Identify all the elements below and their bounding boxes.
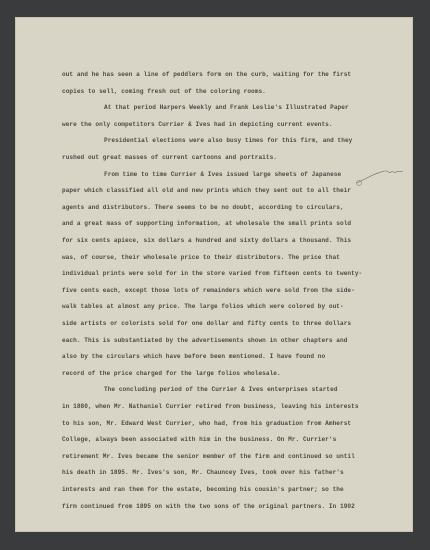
text-line: paper which classified all old and new p…	[62, 187, 351, 194]
text-line: College, always been associated with him…	[62, 436, 336, 443]
text-line: rushed out great masses of current carto…	[62, 154, 277, 161]
text-line: side artists or colorists sold for one d…	[62, 320, 351, 327]
text-line: each. This is substantiated by the adver…	[62, 337, 347, 344]
handwritten-annotation-icon	[355, 165, 405, 195]
text-line: Presidential elections were also busy ti…	[104, 137, 352, 144]
text-line: agents and distributors. There seems to …	[62, 204, 344, 211]
text-line: The concluding period of the Currier & I…	[104, 386, 338, 393]
text-line: to his son, Mr. Edward West Currier, who…	[62, 420, 351, 427]
text-line: also by the circulars which have before …	[62, 353, 325, 360]
text-line: his death in 1895. Mr. Ives's son, Mr. C…	[62, 469, 344, 476]
text-line: interests and ran them for the estate, b…	[62, 486, 344, 493]
text-line: for six cents apiece, six dollars a hund…	[62, 237, 351, 244]
manuscript-page: out and he has seen a line of peddlers f…	[15, 17, 413, 532]
text-line: copies to sell, coming fresh out of the …	[62, 88, 266, 95]
text-line: in 1880, when Mr. Nathaniel Currier reti…	[62, 403, 359, 410]
text-line: individual prints were sold for in the s…	[62, 270, 362, 277]
text-line: out and he has seen a line of peddlers f…	[62, 71, 351, 78]
text-line: record of the price charged for the larg…	[62, 370, 281, 377]
text-line: firm continued from 1895 on with the two…	[62, 503, 355, 510]
text-line: walk tables at almost any price. The lar…	[62, 303, 344, 310]
text-line: From time to time Currier & Ives issued …	[104, 171, 341, 178]
text-line: At that period Harpers Weekly and Frank …	[104, 104, 349, 111]
text-line: five cents each, except those lots of re…	[62, 287, 355, 294]
text-line: retirement Mr. Ives became the senior me…	[62, 453, 355, 460]
text-line: were the only competitors Currier & Ives…	[62, 121, 333, 128]
text-line: was, of course, their wholesale price to…	[62, 254, 340, 261]
text-line: and a great mass of supporting informati…	[62, 220, 351, 227]
